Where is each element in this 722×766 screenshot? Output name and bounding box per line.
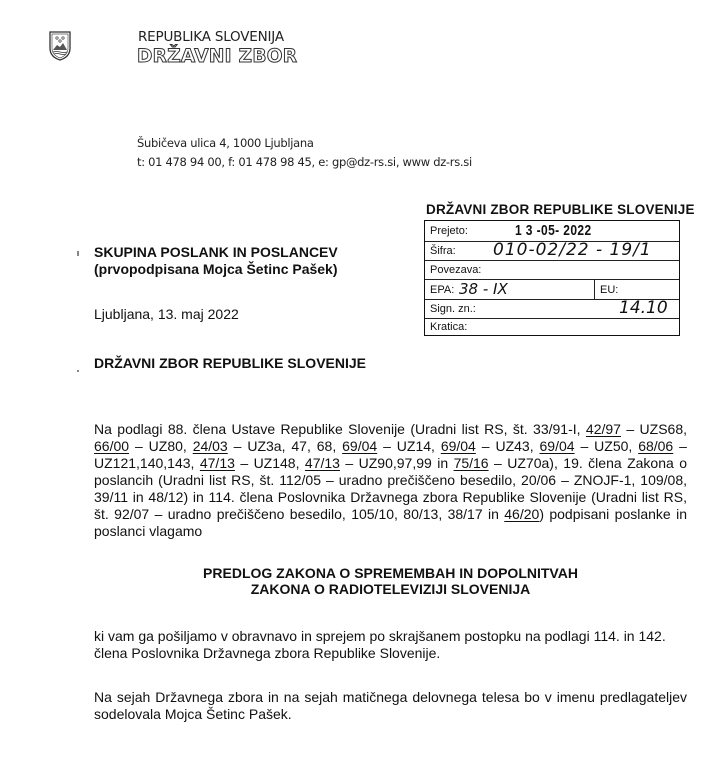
legal-basis-paragraph: Na podlagi 88. člena Ustave Republike Sl… <box>94 421 687 540</box>
sender-first-signatory: (prvopodpisana Mojca Šetinc Pašek) <box>94 261 414 278</box>
proposal-title: PREDLOG ZAKONA O SPREMEMBAH IN DOPOLNITV… <box>94 565 687 597</box>
gazette-reference: 46/20 <box>504 506 539 522</box>
letterhead-assembly: DRŽAVNI ZBOR <box>137 46 297 67</box>
gazette-reference: 47/13 <box>200 455 235 471</box>
gazette-reference: 69/04 <box>342 438 377 454</box>
stamp-row-code: Šifra: 010-02/22 - 19/1 <box>425 242 679 261</box>
stamp-label: EU: <box>600 284 618 296</box>
stamp-label: Prejeto: <box>430 225 468 237</box>
gazette-reference: 42/97 <box>586 421 621 437</box>
letterhead-republic: REPUBLIKA SLOVENIJA <box>138 29 284 45</box>
slovenia-coat-of-arms-icon <box>48 30 72 62</box>
stamp-row-link: Povezava: <box>425 261 679 280</box>
gazette-reference: 47/13 <box>305 455 340 471</box>
stamp-received-date: 1 3 -05- 2022 <box>515 222 592 239</box>
sender-group: SKUPINA POSLANK IN POSLANCEV <box>94 244 414 261</box>
stamp-label: Povezava: <box>430 264 481 276</box>
gazette-reference: 69/04 <box>540 438 575 454</box>
stamp-row-abbr: Kratica: <box>425 319 679 336</box>
margin-mark <box>77 251 79 256</box>
submission-paragraph: ki vam ga pošiljamo v obravnavo in sprej… <box>94 628 687 662</box>
proposal-title-line2: ZAKONA O RADIOTELEVIZIJI SLOVENIJA <box>94 581 687 597</box>
stamp-epa-value: 38 - IX <box>459 280 508 298</box>
recipient: DRŽAVNI ZBOR REPUBLIKE SLOVENIJE <box>94 355 366 372</box>
gazette-reference: 68/06 <box>638 438 673 454</box>
gazette-reference: 69/04 <box>441 438 476 454</box>
stamp-row-sign: Sign. zn.: 14.10 <box>425 300 679 319</box>
stamp-row-received: Prejeto: 1 3 -05- 2022 <box>425 221 679 242</box>
gazette-reference: 66/00 <box>94 438 129 454</box>
gazette-reference: 75/16 <box>454 455 489 471</box>
stamp-label: EPA: <box>430 284 454 296</box>
gazette-reference: 24/03 <box>193 438 228 454</box>
stamp-label: Sign. zn.: <box>430 303 476 315</box>
letterhead-contact: t: 01 478 94 00, f: 01 478 98 45, e: gp@… <box>137 155 472 169</box>
receipt-stamp: Prejeto: 1 3 -05- 2022 Šifra: 010-02/22 … <box>424 220 680 336</box>
representative-paragraph: Na sejah Državnega zbora in na sejah mat… <box>94 689 687 723</box>
stamp-label: Šifra: <box>430 245 456 257</box>
letterhead-address: Šubičeva ulica 4, 1000 Ljubljana <box>137 136 314 150</box>
stamp-row-epa: EPA: 38 - IX EU: <box>425 280 679 300</box>
stamp-label: Kratica: <box>430 321 467 333</box>
sender-block: SKUPINA POSLANK IN POSLANCEV (prvopodpis… <box>94 244 414 278</box>
stamp-eu-divider <box>594 280 595 299</box>
margin-mark <box>77 370 79 372</box>
stamp-sign-value: 14.10 <box>619 298 668 318</box>
stamp-title: DRŽAVNI ZBOR REPUBLIKE SLOVENIJE <box>426 202 695 217</box>
proposal-title-line1: PREDLOG ZAKONA O SPREMEMBAH IN DOPOLNITV… <box>94 565 687 581</box>
stamp-code-value: 010-02/22 - 19/1 <box>493 240 652 260</box>
document-date: Ljubljana, 13. maj 2022 <box>94 306 239 323</box>
